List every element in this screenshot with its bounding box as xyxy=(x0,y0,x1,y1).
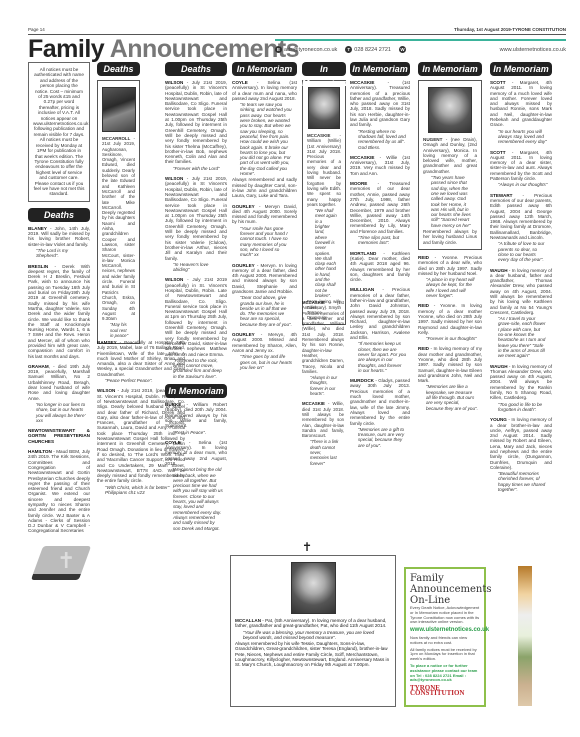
mccaskie-notice: MCCASKIE - William (Willie) (1st Anniver… xyxy=(302,80,346,325)
column-5-lower: MCCASKIE - (1st Anniversary). Precious m… xyxy=(302,300,344,471)
bible-icon: ✝ xyxy=(29,542,89,592)
portrait-photo xyxy=(102,87,136,132)
section-header-in-memoriam: In Memoriam xyxy=(490,62,552,76)
death-notice: BLANEY - John, 14th July, 2019. Will sad… xyxy=(28,226,90,259)
section-header-in-memoriam: In Memoriam xyxy=(302,62,346,76)
death-notice: HAMILTON - Maud BEM, July 24th 2019. The… xyxy=(28,449,90,534)
email-contact[interactable]: Eads@tyronecon.co.uk xyxy=(275,46,337,53)
notice-info-box: All notices must be authenticated with n… xyxy=(28,62,90,202)
column-5: In Memoriam MCCASKIE - William (Willie) … xyxy=(302,62,346,325)
web-icon: W xyxy=(399,46,406,53)
issue-date: Thursday, 1st August 2019-TYRONE CONSTIT… xyxy=(454,27,566,32)
section-header-in-memoriam: In Memoriam xyxy=(165,384,227,398)
page-number: Page 14 xyxy=(28,27,45,32)
memorial-image-strip xyxy=(518,566,532,706)
section-header-in-memoriam: In Memoriam xyxy=(350,62,410,76)
column-3: Deaths WILSON - July 21st 2019, (peacefu… xyxy=(165,62,227,536)
nugent-notice: NUGENT - (nee Drain), Omagh and Dunloy, … xyxy=(418,80,482,250)
website-link[interactable]: www.ulsternetnotices.co.uk xyxy=(500,47,566,53)
column-6: In Memoriam MCCASKIE - (1st Anniversary)… xyxy=(350,62,410,453)
column-8: In Memoriam SCOTT - Margaret, 4th August… xyxy=(490,62,552,497)
column-1: All notices must be authenticated with n… xyxy=(28,62,90,600)
section-header-deaths: Deaths xyxy=(28,208,90,222)
death-notice: BRESLIN - Derek With deepest regret, the… xyxy=(28,264,90,359)
column-4: In Memoriam COYLE - Selina (1st Annivers… xyxy=(232,62,297,375)
phone-contact[interactable]: T028 8224 2721 xyxy=(345,46,391,53)
phone-icon: T xyxy=(345,46,352,53)
ad-website-link[interactable]: www.ulsternetnotices.co.uk xyxy=(410,628,480,633)
column-7: In Memoriam NUGENT - (nee Drain), Omagh … xyxy=(418,62,482,416)
cross-icon: ✝ xyxy=(302,540,312,554)
section-header-in-memoriam: In Memoriam xyxy=(232,62,297,76)
column-2: Deaths MCCARROLL - 21st July 2019, Augha… xyxy=(97,62,140,344)
church-heading: NEWTOWNSTEWART & GORTIN PRESBYTERIAN CHU… xyxy=(28,428,90,444)
death-notice: GRAHAM, - died 19th July 2019, peacefull… xyxy=(28,364,90,423)
online-notices-advert: Family Announcements On-Line Every Death… xyxy=(404,567,486,707)
contact-bar: Eads@tyronecon.co.uk T028 8224 2721 W ww… xyxy=(275,39,566,53)
section-header-deaths: Deaths xyxy=(165,62,227,76)
section-header-deaths: Deaths xyxy=(97,62,140,76)
mccarroll-notice: MCCARROLL - 21st July 2019, Augharonan, … xyxy=(97,80,140,344)
portrait-photo xyxy=(291,562,336,614)
page-title: Family Announcements xyxy=(28,36,299,62)
portrait-photo xyxy=(428,87,472,133)
page-header-bar: Page 14 Thursday, 1st August 2019-TYRONE… xyxy=(28,25,566,35)
section-header-in-memoriam: In Memoriam xyxy=(418,62,482,76)
portrait-photo xyxy=(308,87,340,129)
email-icon: E xyxy=(275,46,282,53)
tyrone-constitution-logo: TYRONE CONSTITUTION xyxy=(410,686,480,696)
mccallan-notice: MCCALLAN - Pat, (5th Anniversary). In lo… xyxy=(230,555,396,707)
